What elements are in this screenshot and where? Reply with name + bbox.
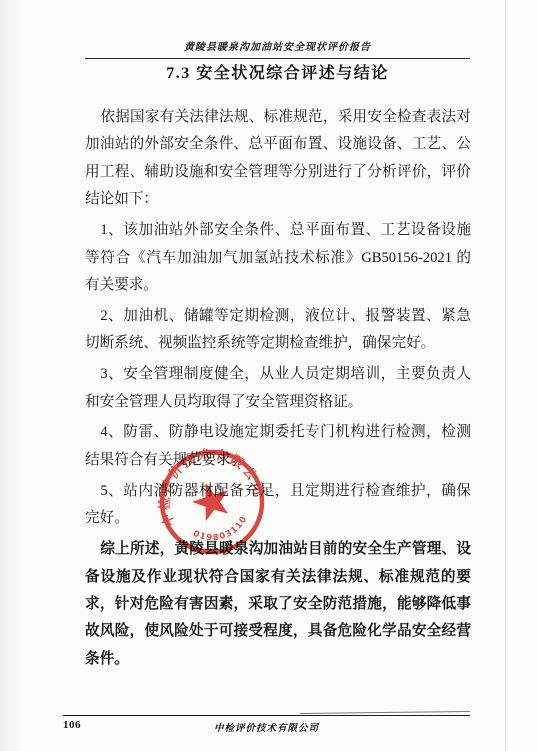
- paragraph: 3、安全管理制度健全，从业人员定期培训，主要负责人和安全管理人员均取得了安全管理…: [85, 361, 471, 416]
- paragraph: 综上所述，黄陵县暖泉沟加油站目前的安全生产管理、设备设施及作业现状符合国家有关法…: [85, 536, 471, 673]
- paragraph: 依据国家有关法律法规、标准规范，采用安全检查表法对加油站的外部安全条件、总平面布…: [85, 104, 471, 214]
- body-text: 依据国家有关法律法规、标准规范，采用安全检查表法对加油站的外部安全条件、总平面布…: [85, 104, 471, 677]
- footer-rule-scan-artifact: [300, 711, 470, 714]
- paragraph: 2、加油机、储罐等定期检测，液位计、报警装置、紧急切断系统、视频监控系统等定期检…: [85, 303, 471, 358]
- section-title: 7.3 安全状况综合评述与结论: [85, 64, 470, 84]
- page-header: 黄陵县暖泉沟加油站安全现状评价报告: [85, 42, 470, 59]
- scan-edge-right: [505, 0, 506, 751]
- star-icon: [188, 477, 235, 523]
- footer-rule: [63, 715, 470, 716]
- paragraph: 1、该加油站外部安全条件、总平面布置、工艺设备设施等符合《汽车加油加气加氢站技术…: [85, 217, 471, 299]
- footer-company-name: 中检评价技术有限公司: [63, 720, 470, 734]
- scan-edge-left: [0, 0, 24, 751]
- document-page: 黄陵县暖泉沟加油站安全现状评价报告 7.3 安全状况综合评述与结论 依据国家有关…: [0, 0, 538, 751]
